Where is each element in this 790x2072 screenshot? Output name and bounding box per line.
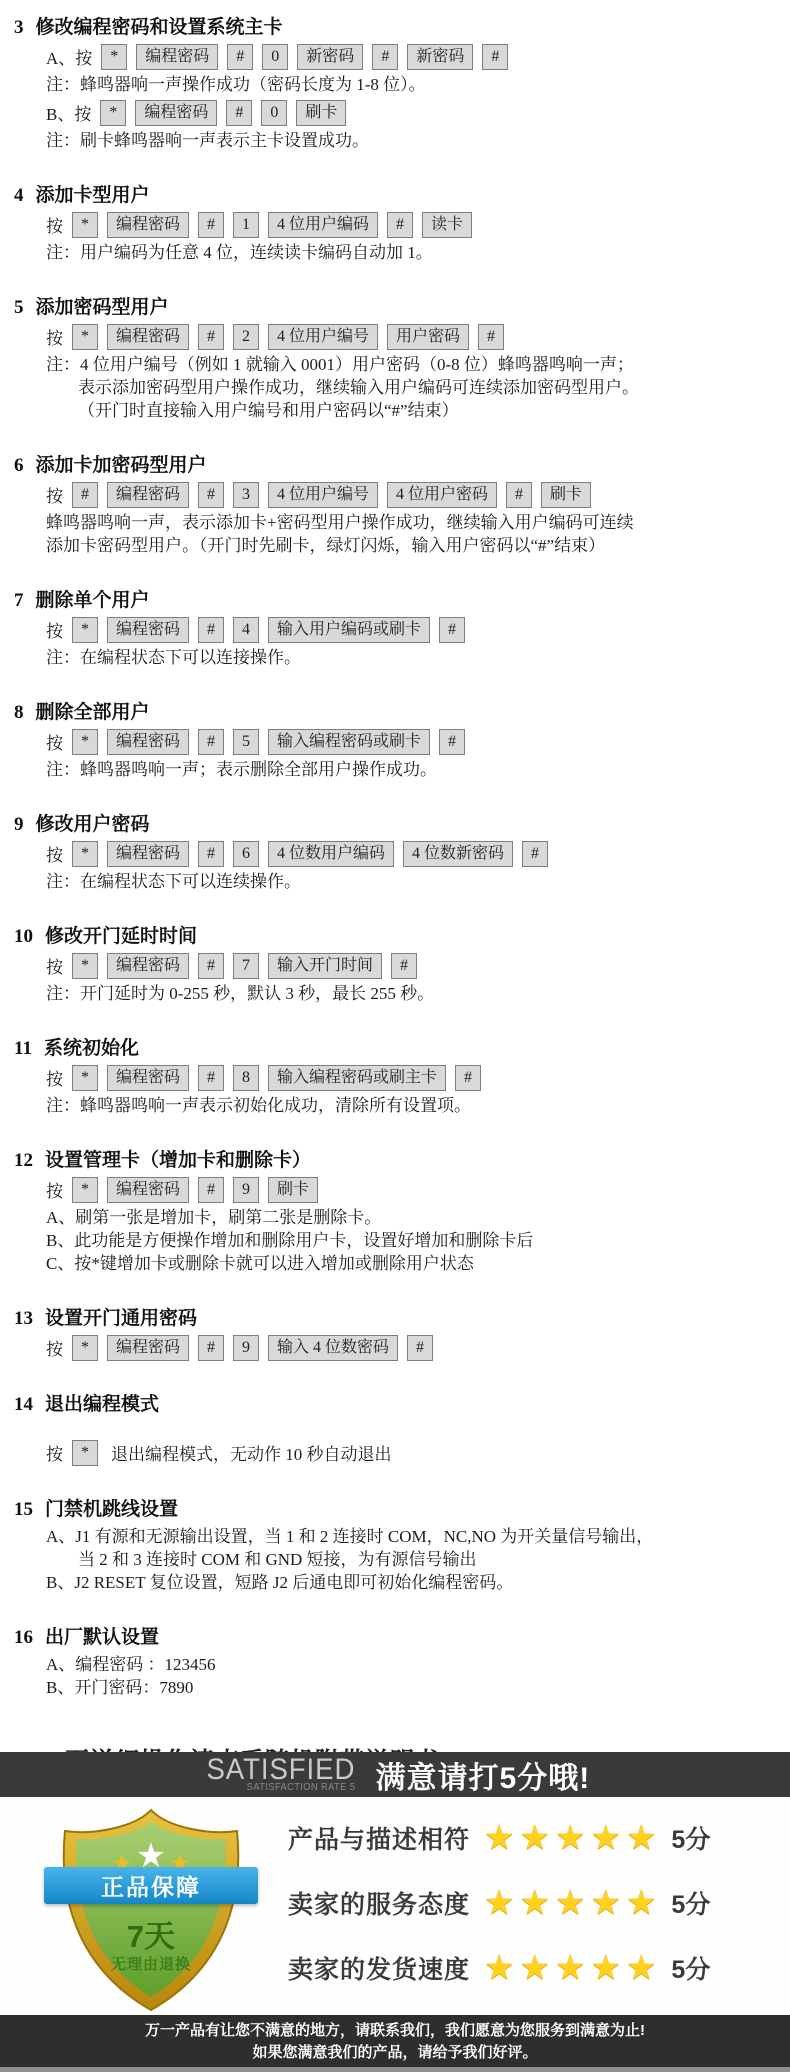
section-title: 12设置管理卡（增加卡和删除卡） (0, 1149, 790, 1173)
key-hash: # (198, 1177, 224, 1203)
banner-english-block: SATISFIED SATISFACTION RATE 5 (206, 1757, 355, 1793)
section: 8删除全部用户按*编程密码#5输入编程密码或刷卡#注：蜂鸣器鸣响一声；表示删除全… (0, 701, 790, 781)
key-sequence-row: A、按*编程密码#0新密码#新密码# (0, 43, 790, 70)
key-label: 5 (233, 729, 259, 755)
section-title: 10修改开门延时时间 (0, 925, 790, 949)
section-title: 8删除全部用户 (0, 701, 790, 725)
key-hash: # (198, 1335, 224, 1361)
section-title-text: 出厂默认设置 (45, 1627, 159, 1648)
section-number: 15 (14, 1498, 33, 1522)
key-label: 编程密码 (107, 953, 189, 979)
section-number: 4 (14, 184, 24, 208)
section-title: 13设置开门通用密码 (0, 1307, 790, 1331)
badge-days-label: 7天 (58, 1911, 244, 1956)
section-title: 14退出编程模式 (0, 1393, 790, 1417)
key-label: 新密码 (297, 44, 363, 70)
key-label: 9 (233, 1335, 259, 1361)
banner-title-en: SATISFIED (206, 1757, 355, 1783)
section-title-text: 门禁机跳线设置 (45, 1499, 178, 1520)
section-title: 16出厂默认设置 (0, 1626, 790, 1650)
section-number: 6 (14, 454, 24, 478)
key-row-prefix: 按 (46, 1065, 63, 1090)
section-title: 3修改编程密码和设置系统主卡 (0, 16, 790, 40)
section: 12设置管理卡（增加卡和删除卡）按*编程密码#9刷卡A、刷第一张是增加卡，刷第二… (0, 1149, 790, 1275)
key-hash: # (198, 324, 224, 350)
key-hash: # (198, 617, 224, 643)
key-label: 读卡 (422, 212, 472, 238)
note-line: A、刷第一张是增加卡，刷第二张是删除卡。 (0, 1206, 790, 1229)
key-row-prefix: 按 (46, 212, 63, 237)
key-label: 8 (233, 1065, 259, 1091)
key-star: * (72, 212, 98, 238)
section: 7删除单个用户按*编程密码#4输入用户编码或刷卡#注：在编程状态下可以连接操作。 (0, 589, 790, 669)
key-label: 4 位用户编号 (268, 324, 378, 350)
section-number: 9 (14, 813, 24, 837)
rating-promo-area: ★ ★ ★ ★ ★ 正品保障 7天 无理由退换 产品与描述相符★★★★★5分卖家… (0, 1797, 790, 2015)
note-line: C、按*键增加卡或删除卡就可以进入增加或删除用户状态 (0, 1252, 790, 1275)
section-title-text: 设置管理卡（增加卡和删除卡） (45, 1150, 311, 1171)
key-label: 编程密码 (107, 212, 189, 238)
key-label: 0 (261, 100, 287, 126)
section-number: 5 (14, 296, 24, 320)
note-line: 当 2 和 3 连接时 COM 和 GND 短接，为有源信号输出 (0, 1548, 790, 1571)
key-sequence-row: 按*编程密码#5输入编程密码或刷卡# (0, 728, 790, 755)
key-star: * (72, 841, 98, 867)
key-label: 4 位用户编码 (268, 212, 378, 238)
section-number: 12 (14, 1149, 33, 1173)
key-hash: # (439, 617, 465, 643)
key-hash: # (439, 729, 465, 755)
key-row-prefix: B、按 (46, 100, 91, 125)
key-sequence-row: 按*编程密码#8输入编程密码或刷主卡# (0, 1064, 790, 1091)
key-label: 输入用户编码或刷卡 (268, 617, 430, 643)
key-sequence-row: B、按*编程密码#0刷卡 (0, 99, 790, 126)
section-number: 10 (14, 925, 33, 949)
section-title-text: 设置开门通用密码 (45, 1308, 197, 1329)
key-row-suffix: 退出编程模式，无动作 10 秒自动退出 (111, 1440, 392, 1465)
footer-bar: 万一产品有让您不满意的地方，请联系我们，我们愿意为您服务到满意为止! 如果您满意… (0, 2015, 790, 2072)
key-label: 编程密码 (107, 841, 189, 867)
section-number: 14 (14, 1393, 33, 1417)
section-title-text: 系统初始化 (44, 1038, 139, 1059)
note-line: 注：蜂鸣器鸣响一声表示初始化成功，清除所有设置项。 (0, 1094, 790, 1117)
key-label: 6 (233, 841, 259, 867)
note-line: （开门时直接输入用户编号和用户密码以“#”结束） (0, 399, 790, 422)
key-label: 2 (233, 324, 259, 350)
key-label: 编程密码 (107, 729, 189, 755)
key-label: 4 位数新密码 (403, 841, 513, 867)
section-title-text: 删除全部用户 (36, 702, 150, 723)
note-line: 注：刷卡蜂鸣器响一声表示主卡设置成功。 (0, 129, 790, 152)
key-hash: # (198, 482, 224, 508)
rating-label: 卖家的发货速度 (288, 1950, 470, 1986)
section-title-text: 添加卡型用户 (36, 185, 150, 206)
key-hash: # (198, 212, 224, 238)
key-label: 7 (233, 953, 259, 979)
key-row-prefix: 按 (46, 324, 63, 349)
key-label: 输入开门时间 (268, 953, 382, 979)
note-line: 注：蜂鸣器响一声操作成功（密码长度为 1-8 位）。 (0, 73, 790, 96)
key-star: * (101, 44, 127, 70)
key-row-prefix: 按 (46, 1177, 63, 1202)
key-label: 0 (262, 44, 288, 70)
section: 16出厂默认设置A、编程密码 ：123456B、开门密码：7890 (0, 1626, 790, 1699)
section-title: 5添加密码型用户 (0, 296, 790, 320)
note-line: 注：开门延时为 0-255 秒，默认 3 秒，最长 255 秒。 (0, 982, 790, 1005)
key-sequence-row: 按*编程密码#7输入开门时间# (0, 952, 790, 979)
key-label: 4 位数用户编码 (268, 841, 394, 867)
key-label: 编程密码 (107, 1065, 189, 1091)
star-icons: ★★★★★ (484, 1886, 661, 1920)
key-hash: # (391, 953, 417, 979)
key-star: * (72, 617, 98, 643)
key-hash: # (372, 44, 398, 70)
section: 15门禁机跳线设置A、J1 有源和无源输出设置，当 1 和 2 连接时 COM，… (0, 1498, 790, 1594)
key-hash: # (478, 324, 504, 350)
key-label: 编程密码 (107, 324, 189, 350)
section-number: 3 (14, 16, 24, 40)
key-hash: # (198, 953, 224, 979)
section: 6添加卡加密码型用户按#编程密码#34 位用户编号4 位用户密码#刷卡蜂鸣器鸣响… (0, 454, 790, 557)
note-line: B、开门密码：7890 (0, 1676, 790, 1699)
key-sequence-row: 按*编程密码#9刷卡 (0, 1176, 790, 1203)
key-row-prefix: 按 (46, 482, 63, 507)
key-hash: # (227, 44, 253, 70)
note-line: 添加卡密码型用户。（开门时先刷卡，绿灯闪烁，输入用户密码以“#”结束） (0, 534, 790, 557)
key-label: 输入编程密码或刷主卡 (268, 1065, 446, 1091)
key-hash: # (455, 1065, 481, 1091)
section-title: 15门禁机跳线设置 (0, 1498, 790, 1522)
badge-sub-label: 无理由退换 (58, 1953, 244, 1974)
key-label: 3 (233, 482, 259, 508)
note-line: 注：蜂鸣器鸣响一声；表示删除全部用户操作成功。 (0, 758, 790, 781)
section-number: 8 (14, 701, 24, 725)
star-icons: ★★★★★ (484, 1821, 661, 1855)
key-sequence-row: 按*编程密码#14 位用户编码#读卡 (0, 211, 790, 238)
instruction-sections: 3修改编程密码和设置系统主卡A、按*编程密码#0新密码#新密码#注：蜂鸣器响一声… (0, 0, 790, 1699)
key-star: * (100, 100, 126, 126)
key-hash: # (506, 482, 532, 508)
key-sequence-row: 按*退出编程模式，无动作 10 秒自动退出 (0, 1439, 790, 1466)
section: 10修改开门延时时间按*编程密码#7输入开门时间#注：开门延时为 0-255 秒… (0, 925, 790, 1005)
rating-label: 卖家的服务态度 (288, 1885, 470, 1921)
section-title-text: 删除单个用户 (36, 590, 150, 611)
section-title: 4添加卡型用户 (0, 184, 790, 208)
key-hash: # (387, 212, 413, 238)
key-hash: # (407, 1335, 433, 1361)
key-label: 4 位用户密码 (387, 482, 497, 508)
key-sequence-row: 按*编程密码#9输入 4 位数密码# (0, 1334, 790, 1361)
section-title-text: 退出编程模式 (45, 1394, 159, 1415)
key-hash: # (198, 1065, 224, 1091)
key-hash: # (198, 841, 224, 867)
key-label: 刷卡 (296, 100, 346, 126)
section-title-text: 添加卡加密码型用户 (36, 455, 207, 476)
key-label: 新密码 (407, 44, 473, 70)
section: 9修改用户密码按*编程密码#64 位数用户编码4 位数新密码#注：在编程状态下可… (0, 813, 790, 893)
key-star: * (72, 1177, 98, 1203)
key-label: 编程密码 (107, 482, 189, 508)
satisfaction-banner: SATISFIED SATISFACTION RATE 5 满意请打5分哦! (0, 1752, 790, 1797)
key-row-prefix: 按 (46, 617, 63, 642)
note-line: B、J2 RESET 复位设置，短路 J2 后通电即可初始化编程密码。 (0, 1571, 790, 1594)
key-row-prefix: A、按 (46, 44, 92, 69)
note-line: 注：在编程状态下可以连接操作。 (0, 646, 790, 669)
shield-icon: ★ ★ ★ ★ ★ (58, 1807, 244, 2013)
note-line: 注：4 位用户编号（例如 1 就输入 0001）用户密码（0-8 位）蜂鸣器鸣响… (0, 353, 790, 376)
section-title-text: 修改用户密码 (36, 814, 150, 835)
key-hash: # (482, 44, 508, 70)
section-number: 7 (14, 589, 24, 613)
section-title: 6添加卡加密码型用户 (0, 454, 790, 478)
key-label: 编程密码 (135, 100, 217, 126)
key-star: * (72, 1065, 98, 1091)
key-star: * (72, 729, 98, 755)
section: 14退出编程模式按*退出编程模式，无动作 10 秒自动退出 (0, 1393, 790, 1466)
rating-score: 5分 (671, 1820, 710, 1856)
key-label: 1 (233, 212, 259, 238)
key-star: * (72, 1440, 98, 1466)
note-line: 注：在编程状态下可以连续操作。 (0, 870, 790, 893)
note-line: A、J1 有源和无源输出设置，当 1 和 2 连接时 COM，NC,NO 为开关… (0, 1525, 790, 1548)
key-label: 用户密码 (387, 324, 469, 350)
rating-row: 卖家的服务态度★★★★★5分 (288, 1884, 710, 1922)
key-row-prefix: 按 (46, 1335, 63, 1360)
key-label: 刷卡 (541, 482, 591, 508)
section-title-text: 添加密码型用户 (36, 297, 169, 318)
footer-line2: 如果您满意我们的产品，请给予我们好评。 (0, 2042, 790, 2064)
note-line: A、编程密码 ：123456 (0, 1653, 790, 1676)
section-number: 13 (14, 1307, 33, 1331)
product-instruction-page: 3修改编程密码和设置系统主卡A、按*编程密码#0新密码#新密码#注：蜂鸣器响一声… (0, 0, 790, 2072)
section: 13设置开门通用密码按*编程密码#9输入 4 位数密码# (0, 1307, 790, 1361)
key-hash: # (226, 100, 252, 126)
key-label: 4 (233, 617, 259, 643)
key-label: 输入编程密码或刷卡 (268, 729, 430, 755)
section-title: 7删除单个用户 (0, 589, 790, 613)
rating-score: 5分 (671, 1950, 710, 1986)
note-line: 蜂鸣器鸣响一声，表示添加卡+密码型用户操作成功，继续输入用户编码可连续 (0, 511, 790, 534)
key-row-prefix: 按 (46, 729, 63, 754)
key-hash: # (522, 841, 548, 867)
note-line: 注：用户编码为任意 4 位，连续读卡编码自动加 1。 (0, 241, 790, 264)
key-sequence-row: 按*编程密码#24 位用户编号用户密码# (0, 323, 790, 350)
key-label: 4 位用户编号 (268, 482, 378, 508)
section: 11系统初始化按*编程密码#8输入编程密码或刷主卡#注：蜂鸣器鸣响一声表示初始化… (0, 1037, 790, 1117)
rating-row: 产品与描述相符★★★★★5分 (288, 1819, 710, 1857)
key-label: 输入 4 位数密码 (268, 1335, 398, 1361)
rating-score: 5分 (671, 1885, 710, 1921)
banner-title-cn: 满意请打5分哦! (376, 1753, 591, 1797)
section-title-text: 修改开门延时时间 (45, 926, 197, 947)
key-hash: # (72, 482, 98, 508)
rating-rows: 产品与描述相符★★★★★5分卖家的服务态度★★★★★5分卖家的发货速度★★★★★… (288, 1819, 710, 2014)
key-star: * (72, 953, 98, 979)
section: 5添加密码型用户按*编程密码#24 位用户编号用户密码#注：4 位用户编号（例如… (0, 296, 790, 422)
badge-ribbon-label: 正品保障 (101, 1869, 201, 1902)
section-number: 11 (14, 1037, 32, 1061)
key-label: 编程密码 (107, 1335, 189, 1361)
section-title: 9修改用户密码 (0, 813, 790, 837)
section: 4添加卡型用户按*编程密码#14 位用户编码#读卡注：用户编码为任意 4 位，连… (0, 184, 790, 264)
footer-bottom-strip (0, 2067, 790, 2072)
section-number: 16 (14, 1626, 33, 1650)
key-sequence-row: 按#编程密码#34 位用户编号4 位用户密码#刷卡 (0, 481, 790, 508)
section-title-text: 修改编程密码和设置系统主卡 (36, 17, 283, 38)
key-star: * (72, 324, 98, 350)
note-line: B、此功能是方便操作增加和删除用户卡，设置好增加和删除卡后 (0, 1229, 790, 1252)
badge-ribbon: 正品保障 (44, 1867, 258, 1904)
rating-label: 产品与描述相符 (288, 1820, 470, 1856)
footer-line1: 万一产品有让您不满意的地方，请联系我们，我们愿意为您服务到满意为止! (0, 2020, 790, 2042)
key-label: 编程密码 (107, 617, 189, 643)
key-sequence-row: 按*编程密码#4输入用户编码或刷卡# (0, 616, 790, 643)
section: 3修改编程密码和设置系统主卡A、按*编程密码#0新密码#新密码#注：蜂鸣器响一声… (0, 16, 790, 152)
key-label: 编程密码 (107, 1177, 189, 1203)
key-row-prefix: 按 (46, 841, 63, 866)
note-line: 表示添加密码型用户操作成功，继续输入用户编码可连续添加密码型用户。 (0, 376, 790, 399)
quality-badge: ★ ★ ★ ★ ★ 正品保障 7天 无理由退换 (58, 1807, 244, 2013)
key-label: 编程密码 (136, 44, 218, 70)
key-star: * (72, 1335, 98, 1361)
rating-row: 卖家的发货速度★★★★★5分 (288, 1949, 710, 1987)
key-sequence-row: 按*编程密码#64 位数用户编码4 位数新密码# (0, 840, 790, 867)
promo-block: SATISFIED SATISFACTION RATE 5 满意请打5分哦! (0, 1752, 790, 2072)
key-label: 9 (233, 1177, 259, 1203)
star-icons: ★★★★★ (484, 1951, 661, 1985)
key-hash: # (198, 729, 224, 755)
key-label: 刷卡 (268, 1177, 318, 1203)
section-title: 11系统初始化 (0, 1037, 790, 1061)
key-row-prefix: 按 (46, 1440, 63, 1465)
key-row-prefix: 按 (46, 953, 63, 978)
